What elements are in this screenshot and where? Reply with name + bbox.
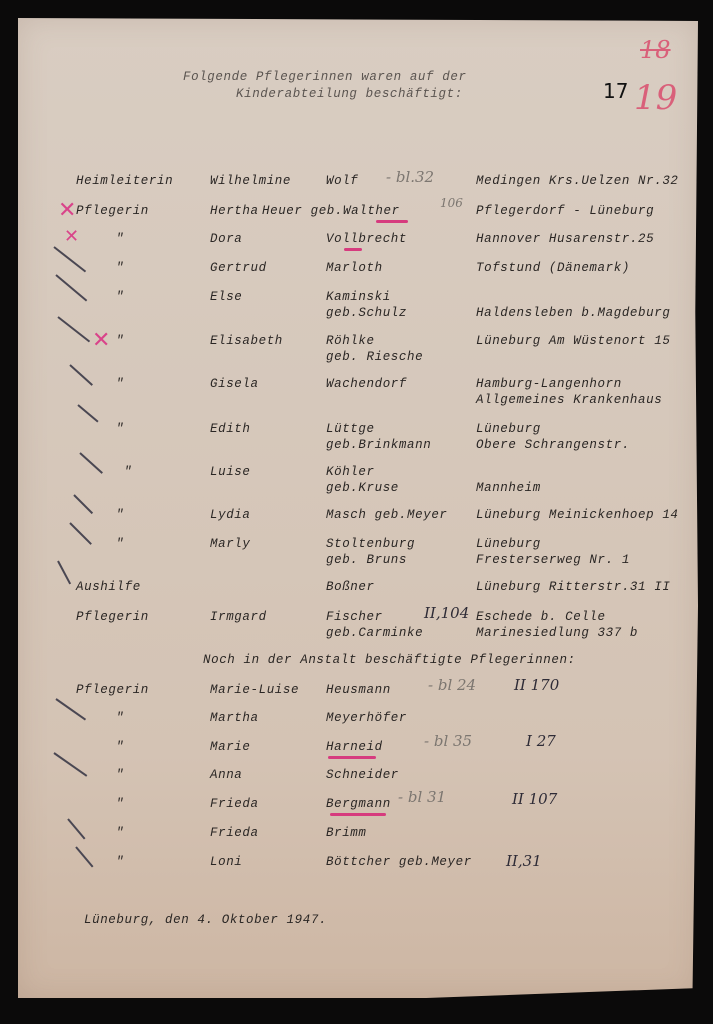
red-cross-mark: ✕ (64, 226, 79, 247)
handwritten-ref: II,31 (506, 852, 542, 870)
last-name: Schneider (326, 768, 399, 783)
address: Lüneburg Ritterstr.31 II (476, 580, 670, 595)
red-underline (328, 756, 376, 759)
first-name: Hertha (210, 204, 259, 219)
red-underline (330, 813, 386, 816)
last-name: Köhler (326, 465, 375, 480)
maiden-name: geb.Kruse (326, 481, 399, 496)
address: Medingen Krs.Uelzen Nr.32 (476, 174, 679, 189)
first-name: Frieda (210, 797, 259, 812)
address-line-2: Allgemeines Krankenhaus (476, 393, 662, 408)
role-ditto: " (116, 334, 124, 349)
role: Heimleiterin (76, 174, 173, 189)
last-name: Wolf (326, 174, 358, 189)
first-name: Elisabeth (210, 334, 283, 349)
title-line-1: Folgende Pflegerinnen waren auf der (183, 70, 467, 85)
last-name: Böttcher geb.Meyer (326, 855, 472, 870)
handwritten-note: - bl 24 (428, 676, 476, 694)
role-ditto: " (116, 740, 124, 755)
last-name: Marloth (326, 261, 383, 276)
last-name: Harneid (326, 740, 383, 755)
role-ditto: " (116, 377, 124, 392)
last-name: Heuer geb.Walther (262, 204, 400, 219)
footer-date: Lüneburg, den 4. Oktober 1947. (84, 913, 327, 928)
last-name: Wachendorf (326, 377, 407, 392)
address-line-2: Obere Schrangenstr. (476, 438, 630, 453)
role-ditto: " (116, 537, 124, 552)
first-name: Marie-Luise (210, 683, 299, 698)
role-ditto: " (124, 465, 132, 480)
first-name: Lydia (210, 508, 251, 523)
first-name: Anna (210, 768, 242, 783)
role-ditto: " (116, 422, 124, 437)
first-name: Gertrud (210, 261, 267, 276)
role: Aushilfe (76, 580, 141, 595)
role-ditto: " (116, 290, 124, 305)
red-cross-mark: ✕ (58, 198, 76, 223)
address: Lüneburg Meinickenhoep 14 (476, 508, 679, 523)
address: Hannover Husarenstr.25 (476, 232, 654, 247)
role-ditto: " (116, 797, 124, 812)
red-cross-mark: ✕ (92, 328, 110, 353)
title-line-2: Kinderabteilung beschäftigt: (236, 87, 463, 102)
first-name: Gisela (210, 377, 259, 392)
last-name: Lüttge (326, 422, 375, 437)
maiden-name: geb.Brinkmann (326, 438, 431, 453)
maiden-name: geb.Carminke (326, 626, 423, 641)
maiden-name: geb.Schulz (326, 306, 407, 321)
role-ditto: " (116, 508, 124, 523)
last-name: Fischer (326, 610, 383, 625)
page-number-red-struck: 18 (640, 36, 671, 64)
role-ditto: " (116, 826, 124, 841)
first-name: Irmgard (210, 610, 267, 625)
handwritten-ref: II 107 (512, 790, 557, 808)
last-name: Kaminski (326, 290, 391, 305)
first-name: Martha (210, 711, 259, 726)
maiden-name: geb. Bruns (326, 553, 407, 568)
address: Haldensleben b.Magdeburg (476, 306, 670, 321)
address: Hamburg-Langenhorn (476, 377, 622, 392)
address: Tofstund (Dänemark) (476, 261, 630, 276)
role-ditto: " (116, 768, 124, 783)
last-name: Brimm (326, 826, 367, 841)
address: Lüneburg Am Wüstenort 15 (476, 334, 670, 349)
role-ditto: " (116, 232, 124, 247)
handwritten-note: - bl 35 (424, 732, 472, 750)
address: Lüneburg (476, 422, 541, 437)
last-name: Meyerhöfer (326, 711, 407, 726)
first-name: Frieda (210, 826, 259, 841)
address: Mannheim (476, 481, 541, 496)
page-number-typed: 17 (603, 79, 628, 103)
first-name: Luise (210, 465, 251, 480)
address: Eschede b. Celle (476, 610, 606, 625)
last-name: Heusmann (326, 683, 391, 698)
handwritten-ref: II 170 (514, 676, 559, 694)
first-name: Loni (210, 855, 242, 870)
role-ditto: " (116, 261, 124, 276)
first-name: Dora (210, 232, 242, 247)
last-name: Masch geb.Meyer (326, 508, 448, 523)
first-name: Marly (210, 537, 251, 552)
last-name: Röhlke (326, 334, 375, 349)
role-ditto: " (116, 855, 124, 870)
page-number-red: 19 (634, 78, 677, 118)
first-name: Marie (210, 740, 251, 755)
address-line-2: Marinesiedlung 337 b (476, 626, 638, 641)
red-underline (376, 220, 408, 223)
last-name: Stoltenburg (326, 537, 415, 552)
section-heading: Noch in der Anstalt beschäftigte Pfleger… (203, 653, 576, 668)
first-name: Edith (210, 422, 251, 437)
address: Pflegerdorf - Lüneburg (476, 204, 654, 219)
last-name: Vollbrecht (326, 232, 407, 247)
last-name: Bergmann (326, 797, 391, 812)
role: Pflegerin (76, 610, 149, 625)
first-name: Else (210, 290, 242, 305)
role-ditto: " (116, 711, 124, 726)
handwritten-ref: I 27 (526, 732, 556, 750)
handwritten-note: 106 (440, 196, 463, 210)
address-line-2: Fresterserweg Nr. 1 (476, 553, 630, 568)
last-name: Boßner (326, 580, 375, 595)
handwritten-note: II,104 (424, 604, 469, 622)
role: Pflegerin (76, 683, 149, 698)
handwritten-note: - bl 31 (398, 788, 446, 806)
maiden-name: geb. Riesche (326, 350, 423, 365)
role: Pflegerin (76, 204, 149, 219)
address: Lüneburg (476, 537, 541, 552)
handwritten-note: - bl.32 (386, 168, 434, 186)
first-name: Wilhelmine (210, 174, 291, 189)
red-underline (344, 248, 362, 251)
